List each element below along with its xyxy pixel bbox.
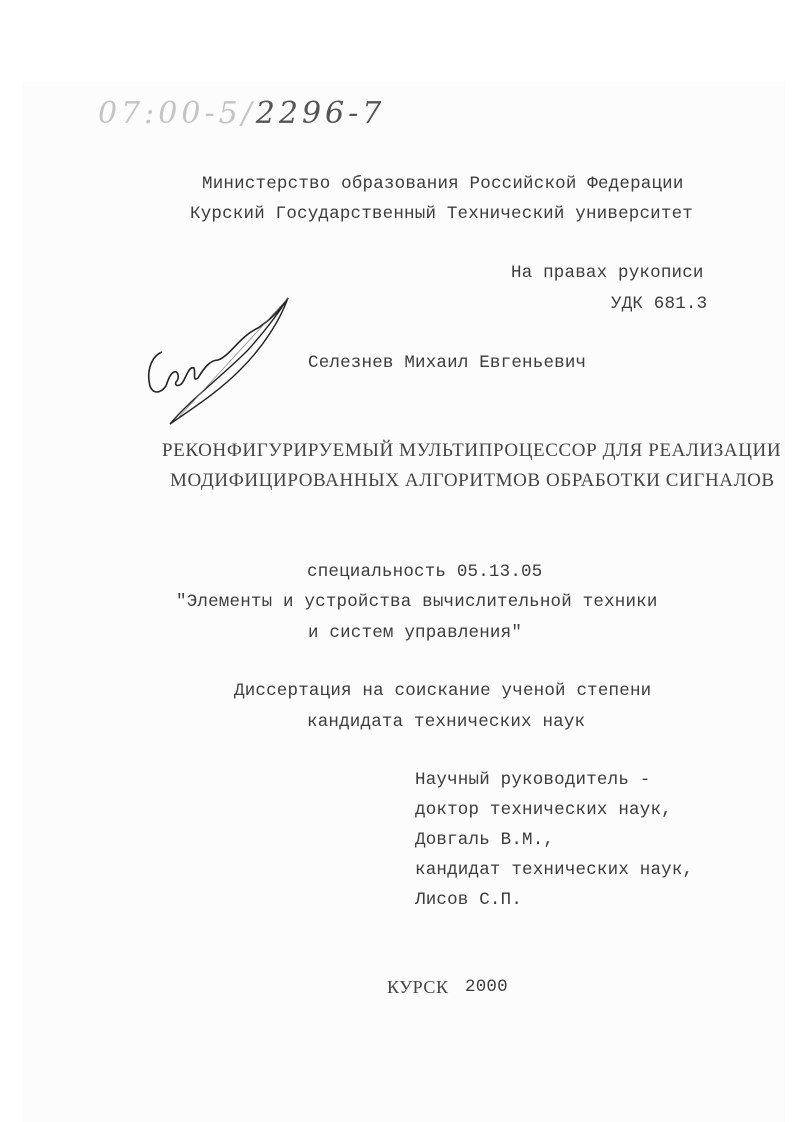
specialty-code: специальность 05.13.05: [307, 562, 542, 582]
supervisor-line: Довгаль В.М.,: [415, 830, 554, 850]
year: 2000: [465, 977, 508, 997]
degree-line2: кандидата технических наук: [307, 712, 585, 732]
university-line: Курский Государственный Технический унив…: [190, 204, 693, 224]
archive-stamp-number: 07:00-5/2296-7: [98, 96, 385, 131]
city: КУРСК: [387, 977, 449, 998]
stamp-faint-prefix: 07:00-5/: [98, 96, 256, 131]
thesis-title-line2: МОДИФИЦИРОВАННЫХ АЛГОРИТМОВ ОБРАБОТКИ СИ…: [170, 470, 775, 492]
specialty-name-line2: и систем управления": [308, 623, 522, 643]
udc-code: УДК 681.3: [611, 294, 707, 314]
degree-line1: Диссертация на соискание ученой степени: [234, 681, 651, 701]
manuscript-rights: На правах рукописи: [511, 263, 704, 283]
ministry-line: Министерство образования Российской Феде…: [202, 174, 684, 194]
specialty-name-line1: "Элементы и устройства вычислительной те…: [176, 592, 658, 612]
supervisor-line: доктор технических наук,: [415, 800, 672, 820]
thesis-title-line1: РЕКОНФИГУРИРУЕМЫЙ МУЛЬТИПРОЦЕССОР ДЛЯ РЕ…: [162, 440, 781, 462]
supervisor-line: Научный руководитель -: [415, 770, 650, 790]
author-name: Селезнев Михаил Евгеньевич: [308, 353, 586, 373]
signature-icon: [130, 290, 300, 430]
stamp-number: 2296-7: [256, 96, 386, 131]
supervisor-line: кандидат технических наук,: [415, 860, 693, 880]
supervisor-line: Лисов С.П.: [415, 890, 522, 910]
